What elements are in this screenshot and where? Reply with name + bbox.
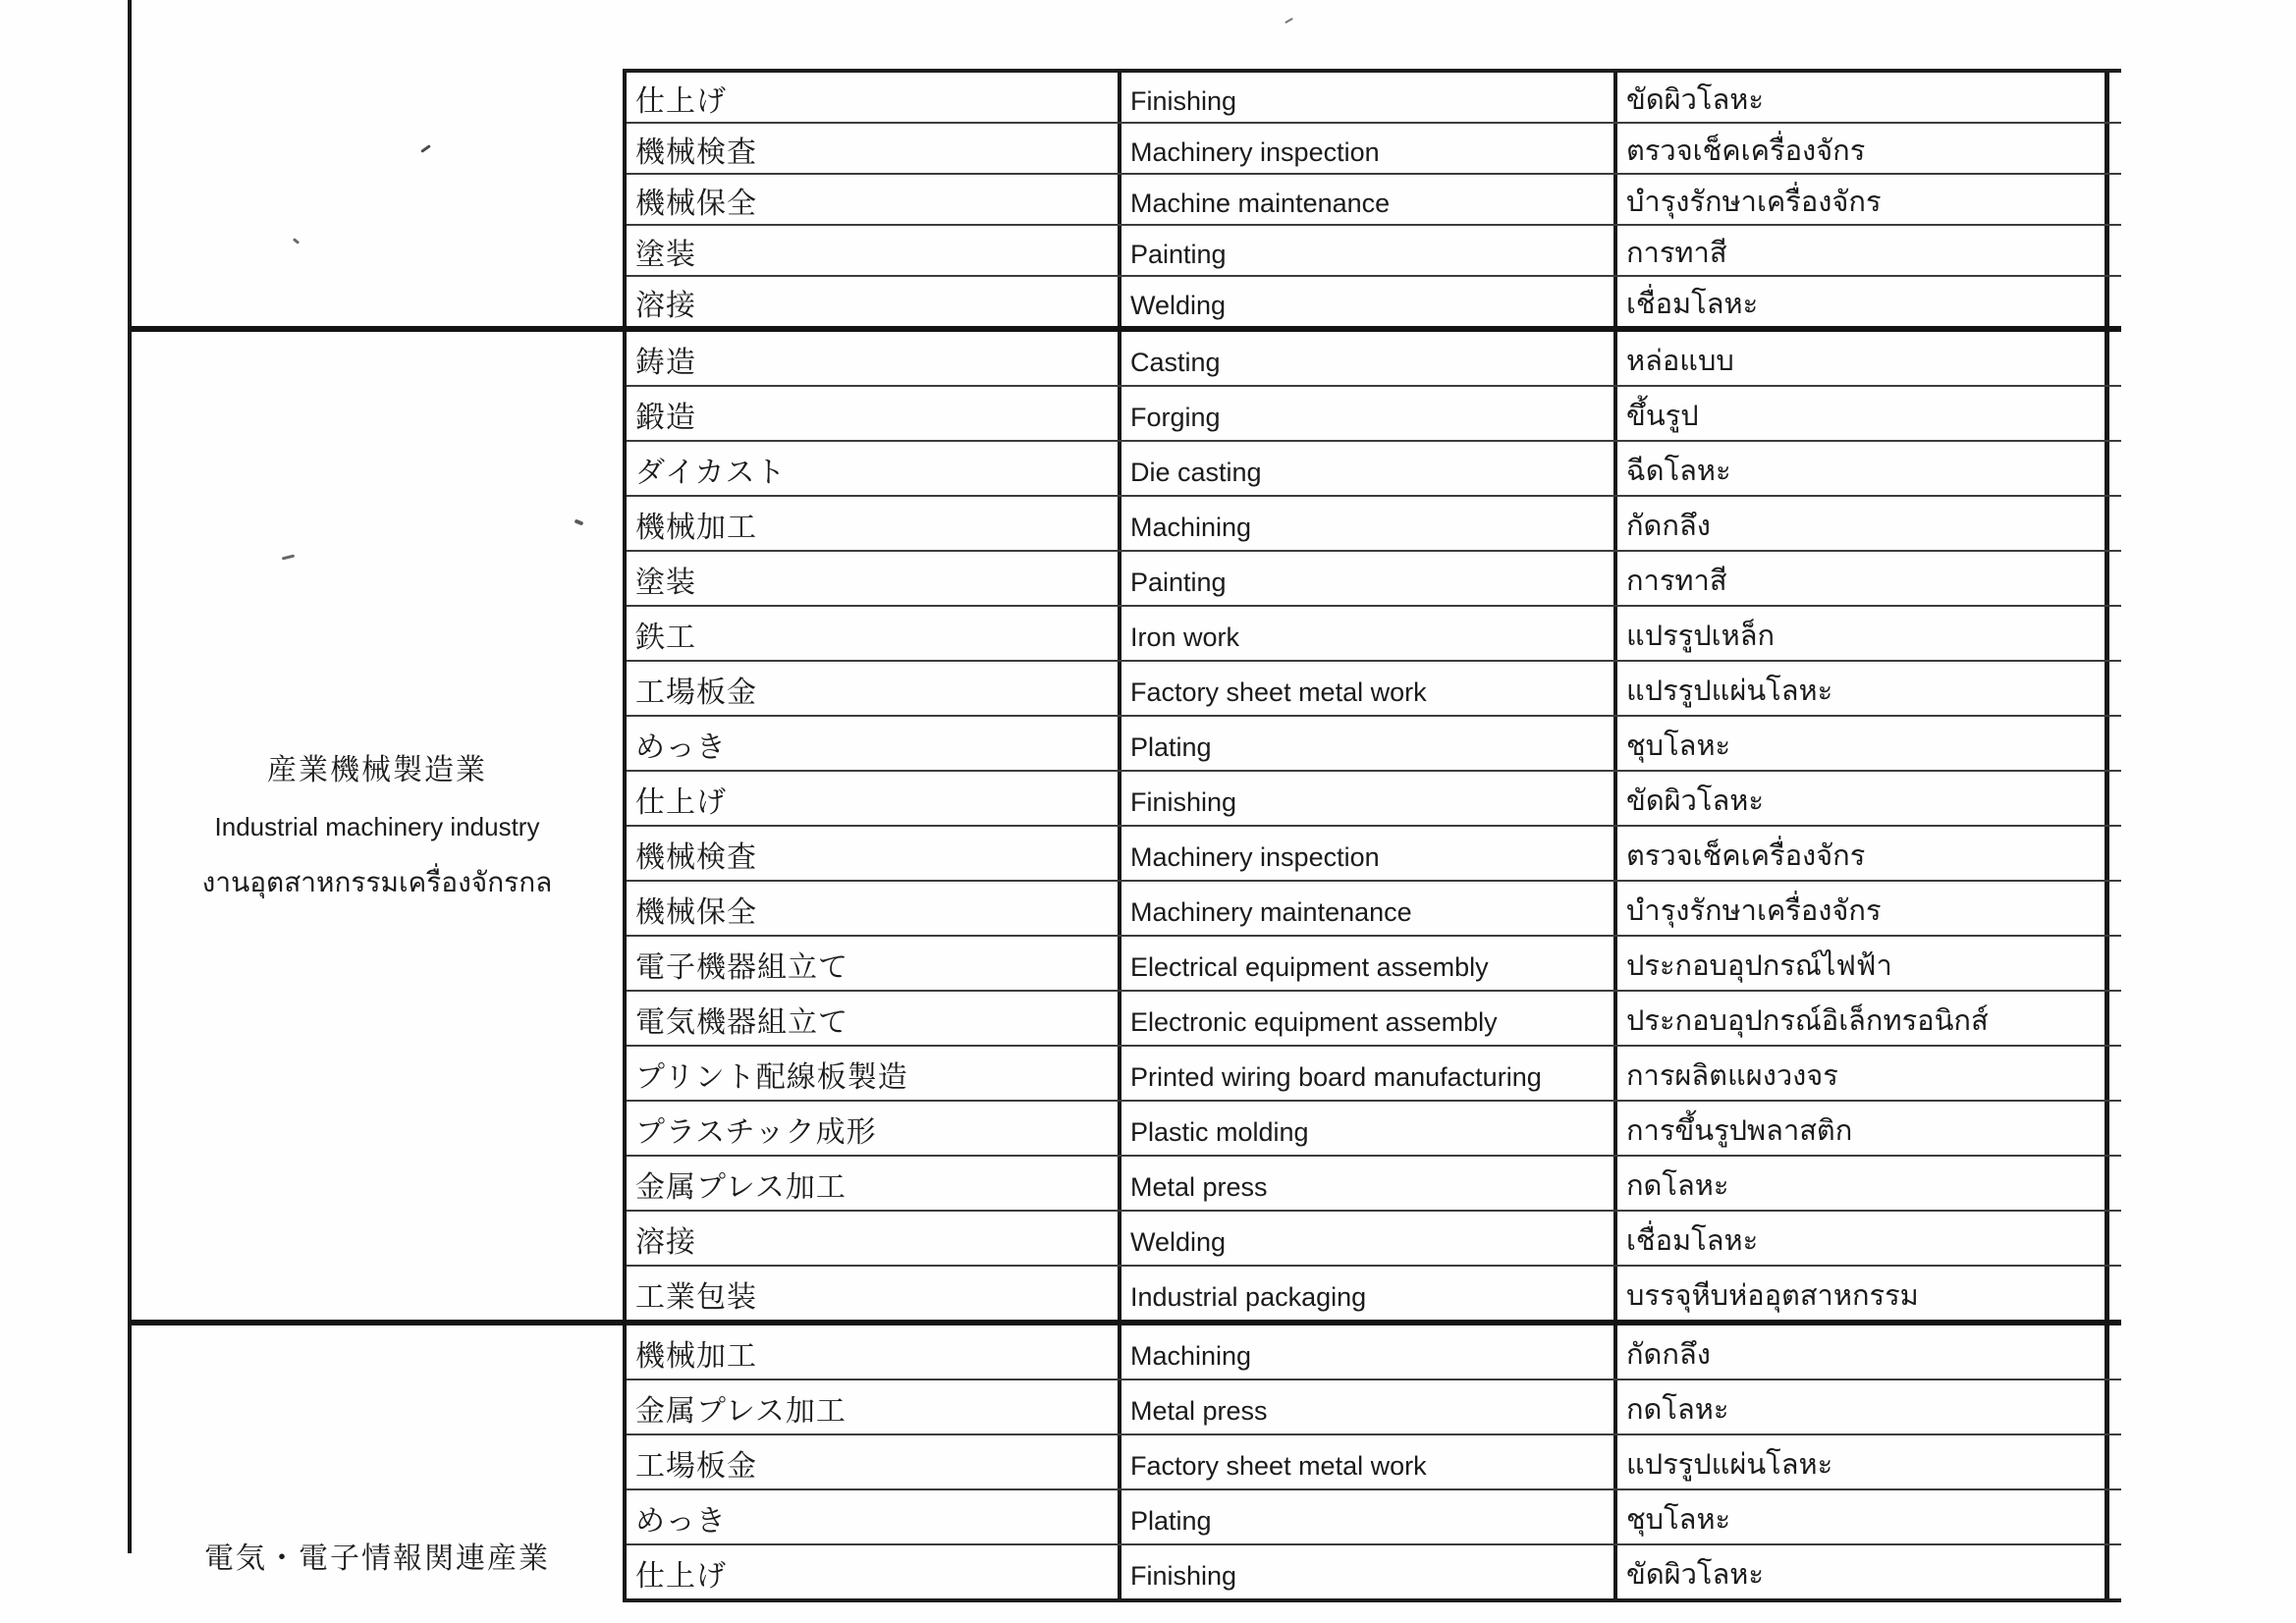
job-name-thai: เชื่อมโลหะ [1613, 277, 2109, 326]
table-row: 電気機器組立てElectronic equipment assemblyประก… [627, 990, 2121, 1045]
industry-cell [132, 69, 623, 326]
job-name-japanese: めっき [627, 717, 1118, 770]
job-name-thai: การขึ้นรูปพลาสติก [1613, 1102, 2109, 1155]
industry-name-english: Industrial machinery industry [215, 812, 540, 842]
job-name-english: Plating [1118, 1490, 1613, 1543]
job-rows: 機械加工Machiningกัดกลึง金属プレス加工Metal pressกด… [623, 1325, 2121, 1602]
trilingual-job-table: 仕上げFinishingขัดผิวโลหะ機械検査Machinery insp… [132, 69, 2121, 1602]
job-name-english: Factory sheet metal work [1118, 1435, 1613, 1488]
job-name-thai: ประกอบอุปกรณ์ไฟฟ้า [1613, 937, 2109, 990]
job-name-japanese: プリント配線板製造 [627, 1047, 1118, 1100]
job-name-thai: การผลิตแผงวงจร [1613, 1047, 2109, 1100]
job-name-japanese: 金属プレス加工 [627, 1380, 1118, 1434]
job-name-japanese: 機械加工 [627, 497, 1118, 550]
job-rows: 仕上げFinishingขัดผิวโลหะ機械検査Machinery insp… [623, 69, 2121, 326]
job-name-english: Finishing [1118, 73, 1613, 122]
job-name-thai: ประกอบอุปกรณ์อิเล็กทรอนิกส์ [1613, 992, 2109, 1045]
job-name-english: Iron work [1118, 607, 1613, 660]
table-row: 鍛造Forgingขึ้นรูป [627, 385, 2121, 440]
table-row: 鋳造Castingหล่อแบบ [627, 332, 2121, 385]
table-row: ダイカストDie castingฉีดโลหะ [627, 440, 2121, 495]
job-name-thai: ขึ้นรูป [1613, 387, 2109, 440]
job-name-thai: ขัดผิวโลหะ [1613, 772, 2109, 825]
job-name-thai: แปรรูปแผ่นโลหะ [1613, 1435, 2109, 1488]
industry-section: 仕上げFinishingขัดผิวโลหะ機械検査Machinery insp… [132, 69, 2121, 326]
job-name-thai: กดโลหะ [1613, 1157, 2109, 1210]
industry-section: 産業機械製造業Industrial machinery industryงานอ… [132, 326, 2121, 1320]
job-name-japanese: 機械保全 [627, 175, 1118, 224]
job-name-thai: ฉีดโลหะ [1613, 442, 2109, 495]
table-row: 金属プレス加工Metal pressกดโลหะ [627, 1155, 2121, 1210]
job-name-english: Die casting [1118, 442, 1613, 495]
table-row: 機械加工Machiningกัดกลึง [627, 1325, 2121, 1379]
job-name-thai: บำรุงรักษาเครื่องจักร [1613, 882, 2109, 935]
job-name-japanese: プラスチック成形 [627, 1102, 1118, 1155]
table-row: 工場板金Factory sheet metal workแปรรูปแผ่นโล… [627, 660, 2121, 715]
job-name-thai: เชื่อมโลหะ [1613, 1212, 2109, 1265]
job-name-japanese: ダイカスト [627, 442, 1118, 495]
table-row: 塗装Paintingการทาสี [627, 550, 2121, 605]
job-name-thai: กัดกลึง [1613, 497, 2109, 550]
table-row: めっきPlatingชุบโลหะ [627, 1488, 2121, 1543]
table-row: 溶接Weldingเชื่อมโลหะ [627, 1210, 2121, 1265]
job-name-english: Industrial packaging [1118, 1267, 1613, 1320]
table-row: 電子機器組立てElectrical equipment assemblyประก… [627, 935, 2121, 990]
industry-section: 電気・電子情報関連産業機械加工Machiningกัดกลึง金属プレス加工Me… [132, 1320, 2121, 1602]
job-name-english: Metal press [1118, 1380, 1613, 1434]
job-name-japanese: 鋳造 [627, 332, 1118, 385]
job-name-japanese: 塗装 [627, 226, 1118, 275]
job-name-thai: บำรุงรักษาเครื่องจักร [1613, 175, 2109, 224]
table-row: 機械加工Machiningกัดกลึง [627, 495, 2121, 550]
job-name-japanese: 仕上げ [627, 772, 1118, 825]
table-row: 金属プレス加工Metal pressกดโลหะ [627, 1379, 2121, 1434]
job-name-thai: การทาสี [1613, 552, 2109, 605]
job-name-english: Machine maintenance [1118, 175, 1613, 224]
job-name-english: Factory sheet metal work [1118, 662, 1613, 715]
job-name-thai: ชุบโลหะ [1613, 1490, 2109, 1543]
job-name-japanese: 工場板金 [627, 662, 1118, 715]
job-name-thai: ขัดผิวโลหะ [1613, 73, 2109, 122]
job-name-japanese: 仕上げ [627, 1545, 1118, 1598]
table-row: 工場板金Factory sheet metal workแปรรูปแผ่นโล… [627, 1434, 2121, 1488]
job-name-english: Casting [1118, 332, 1613, 385]
job-name-japanese: 塗装 [627, 552, 1118, 605]
job-name-thai: แปรรูปแผ่นโลหะ [1613, 662, 2109, 715]
table-row: プラスチック成形Plastic moldingการขึ้นรูปพลาสติก [627, 1100, 2121, 1155]
table-row: めっきPlatingชุบโลหะ [627, 715, 2121, 770]
scanned-document-page: 仕上げFinishingขัดผิวโลหะ機械検査Machinery insp… [0, 0, 2296, 1623]
table-row: 工業包装Industrial packagingบรรจุหีบห่ออุตสา… [627, 1265, 2121, 1320]
job-name-thai: บรรจุหีบห่ออุตสาหกรรม [1613, 1267, 2109, 1320]
job-name-japanese: 工場板金 [627, 1435, 1118, 1488]
job-name-english: Machinery inspection [1118, 124, 1613, 173]
job-name-english: Machining [1118, 497, 1613, 550]
job-name-english: Welding [1118, 1212, 1613, 1265]
table-row: 鉄工Iron workแปรรูปเหล็ก [627, 605, 2121, 660]
table-row: プリント配線板製造Printed wiring board manufactur… [627, 1045, 2121, 1100]
industry-name-thai: งานอุตสาหกรรมเครื่องจักรกล [202, 866, 553, 899]
job-name-english: Machinery maintenance [1118, 882, 1613, 935]
job-name-japanese: 金属プレス加工 [627, 1157, 1118, 1210]
table-row: 機械保全Machine maintenanceบำรุงรักษาเครื่อง… [627, 173, 2121, 224]
job-name-english: Plastic molding [1118, 1102, 1613, 1155]
job-name-japanese: 電子機器組立て [627, 937, 1118, 990]
job-name-japanese: 仕上げ [627, 73, 1118, 122]
industry-cell: 電気・電子情報関連産業 [132, 1325, 623, 1602]
job-name-english: Forging [1118, 387, 1613, 440]
industry-cell: 産業機械製造業Industrial machinery industryงานอ… [132, 332, 623, 1320]
job-name-japanese: 鍛造 [627, 387, 1118, 440]
job-name-english: Printed wiring board manufacturing [1118, 1047, 1613, 1100]
job-name-japanese: 機械加工 [627, 1325, 1118, 1379]
job-name-japanese: 機械検査 [627, 827, 1118, 880]
job-name-japanese: 溶接 [627, 277, 1118, 326]
job-name-japanese: 電気機器組立て [627, 992, 1118, 1045]
table-row: 仕上げFinishingขัดผิวโลหะ [627, 1543, 2121, 1598]
job-name-english: Finishing [1118, 772, 1613, 825]
table-row: 機械保全Machinery maintenanceบำรุงรักษาเครื่… [627, 880, 2121, 935]
job-name-thai: ตรวจเช็คเครื่องจักร [1613, 124, 2109, 173]
job-name-japanese: 機械保全 [627, 882, 1118, 935]
table-row: 機械検査Machinery inspectionตรวจเช็คเครื่องจ… [627, 825, 2121, 880]
job-name-english: Welding [1118, 277, 1613, 326]
table-row: 仕上げFinishingขัดผิวโลหะ [627, 73, 2121, 122]
job-name-english: Painting [1118, 552, 1613, 605]
job-name-english: Metal press [1118, 1157, 1613, 1210]
job-rows: 鋳造Castingหล่อแบบ鍛造Forgingขึ้นรูปダイカストDie… [623, 332, 2121, 1320]
job-name-thai: กัดกลึง [1613, 1325, 2109, 1379]
job-name-thai: ขัดผิวโลหะ [1613, 1545, 2109, 1598]
industry-name-japanese: 産業機械製造業 [267, 753, 487, 788]
job-name-english: Machinery inspection [1118, 827, 1613, 880]
job-name-english: Finishing [1118, 1545, 1613, 1598]
job-name-english: Electrical equipment assembly [1118, 937, 1613, 990]
job-name-thai: กดโลหะ [1613, 1380, 2109, 1434]
table-row: 溶接Weldingเชื่อมโลหะ [627, 275, 2121, 326]
job-name-thai: หล่อแบบ [1613, 332, 2109, 385]
table-row: 仕上げFinishingขัดผิวโลหะ [627, 770, 2121, 825]
job-name-english: Painting [1118, 226, 1613, 275]
table-row: 機械検査Machinery inspectionตรวจเช็คเครื่องจ… [627, 122, 2121, 173]
job-name-japanese: 工業包装 [627, 1267, 1118, 1320]
job-name-japanese: 溶接 [627, 1212, 1118, 1265]
job-name-japanese: 鉄工 [627, 607, 1118, 660]
job-name-thai: ตรวจเช็คเครื่องจักร [1613, 827, 2109, 880]
job-name-thai: แปรรูปเหล็ก [1613, 607, 2109, 660]
job-name-english: Plating [1118, 717, 1613, 770]
job-name-english: Machining [1118, 1325, 1613, 1379]
table-row: 塗装Paintingการทาสี [627, 224, 2121, 275]
job-name-english: Electronic equipment assembly [1118, 992, 1613, 1045]
job-name-thai: การทาสี [1613, 226, 2109, 275]
job-name-thai: ชุบโลหะ [1613, 717, 2109, 770]
job-name-japanese: 機械検査 [627, 124, 1118, 173]
job-name-japanese: めっき [627, 1490, 1118, 1543]
industry-name-japanese: 電気・電子情報関連産業 [204, 1542, 550, 1577]
scan-artifact [1285, 18, 1293, 24]
